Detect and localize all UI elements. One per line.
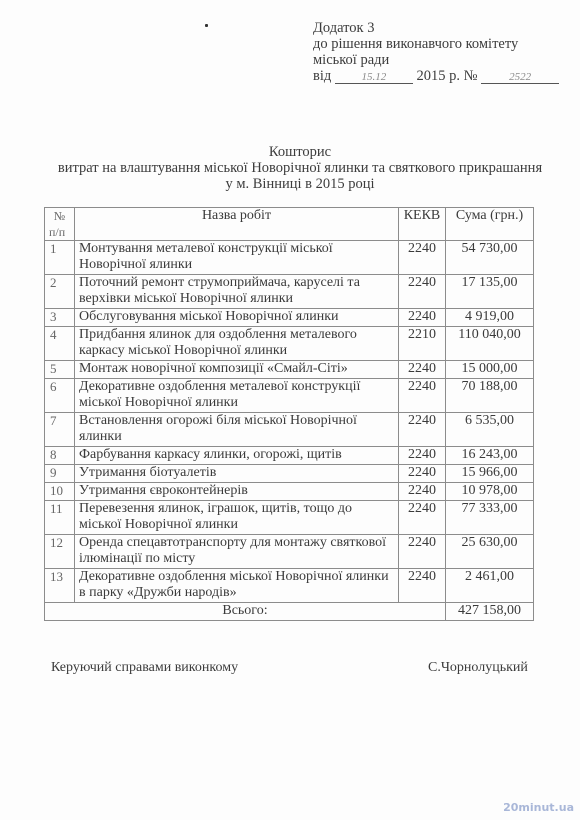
table-row: 2Поточний ремонт струмоприймача, карусел… (45, 275, 534, 309)
row-number: 11 (45, 501, 75, 535)
row-number: 6 (45, 379, 75, 413)
kekv-code: 2240 (399, 361, 446, 379)
document-page: Додаток 3 до рішення виконавчого комітет… (0, 0, 580, 820)
row-number: 12 (45, 535, 75, 569)
kekv-code: 2240 (399, 379, 446, 413)
table-header-row: № п/п Назва робіт КЕКВ Сума (грн.) (45, 208, 534, 241)
table-row: 8Фарбування каркасу ялинки, огорожі, щит… (45, 447, 534, 465)
row-number: 9 (45, 465, 75, 483)
work-name: Декоративне оздоблення міської Новорічно… (75, 569, 399, 603)
kekv-code: 2240 (399, 275, 446, 309)
header-kekv: КЕКВ (399, 208, 446, 241)
annex-line-council: міської ради (313, 52, 559, 68)
table-row: 7Встановлення огорожі біля міської Новор… (45, 413, 534, 447)
amount: 77 333,00 (446, 501, 534, 535)
work-name: Придбання ялинок для оздоблення металево… (75, 327, 399, 361)
work-name: Монтаж новорічної композиції «Смайл-Сіті… (75, 361, 399, 379)
amount: 6 535,00 (446, 413, 534, 447)
annex-title: Додаток 3 (313, 20, 559, 36)
title-heading: Кошторис (40, 144, 560, 160)
title-line-purpose: витрат на влаштування міської Новорічної… (40, 160, 560, 176)
signatory-name: С.Чорнолуцький (428, 660, 528, 676)
row-number: 2 (45, 275, 75, 309)
table-row: 13Декоративне оздоблення міської Новоріч… (45, 569, 534, 603)
kekv-code: 2240 (399, 413, 446, 447)
kekv-code: 2240 (399, 501, 446, 535)
work-name: Поточний ремонт струмоприймача, каруселі… (75, 275, 399, 309)
table-row: 4Придбання ялинок для оздоблення металев… (45, 327, 534, 361)
table-row: 3Обслуговування міської Новорічної ялинк… (45, 309, 534, 327)
annex-line-decision: до рішення виконавчого комітету (313, 36, 559, 52)
work-name: Перевезення ялинок, іграшок, щитів, тощо… (75, 501, 399, 535)
table-row: 12Оренда спецавтотранспорту для монтажу … (45, 535, 534, 569)
title-line-city-year: у м. Вінниці в 2015 році (40, 176, 560, 192)
site-watermark: 20minut.ua (503, 801, 574, 814)
kekv-code: 2240 (399, 535, 446, 569)
amount: 110 040,00 (446, 327, 534, 361)
row-number: 8 (45, 447, 75, 465)
amount: 54 730,00 (446, 241, 534, 275)
row-number: 7 (45, 413, 75, 447)
annex-header: Додаток 3 до рішення виконавчого комітет… (313, 20, 559, 84)
work-name: Утримання біотуалетів (75, 465, 399, 483)
date-prefix: від (313, 68, 331, 84)
amount: 2 461,00 (446, 569, 534, 603)
amount: 10 978,00 (446, 483, 534, 501)
header-num-sub-label: п/п (49, 224, 70, 240)
kekv-code: 2240 (399, 465, 446, 483)
amount: 17 135,00 (446, 275, 534, 309)
table-row: 9Утримання біотуалетів224015 966,00 (45, 465, 534, 483)
table-row: 11Перевезення ялинок, іграшок, щитів, то… (45, 501, 534, 535)
table-row: 5Монтаж новорічної композиції «Смайл-Сіт… (45, 361, 534, 379)
header-sum: Сума (грн.) (446, 208, 534, 241)
year-text: 2015 р. № (417, 68, 478, 84)
work-name: Обслуговування міської Новорічної ялинки (75, 309, 399, 327)
kekv-code: 2210 (399, 327, 446, 361)
work-name: Декоративне оздоблення металевої констру… (75, 379, 399, 413)
row-number: 1 (45, 241, 75, 275)
total-row: Всього: 427 158,00 (45, 603, 534, 621)
work-name: Фарбування каркасу ялинки, огорожі, щиті… (75, 447, 399, 465)
signatory-role: Керуючий справами виконкому (51, 660, 238, 676)
work-name: Оренда спецавтотранспорту для монтажу св… (75, 535, 399, 569)
kekv-code: 2240 (399, 447, 446, 465)
scan-speck (205, 24, 208, 27)
row-number: 10 (45, 483, 75, 501)
amount: 16 243,00 (446, 447, 534, 465)
estimate-table: № п/п Назва робіт КЕКВ Сума (грн.) 1Монт… (44, 207, 534, 621)
amount: 25 630,00 (446, 535, 534, 569)
amount: 15 000,00 (446, 361, 534, 379)
row-number: 13 (45, 569, 75, 603)
row-number: 3 (45, 309, 75, 327)
handwritten-date: 15.12 (335, 69, 413, 84)
amount: 70 188,00 (446, 379, 534, 413)
work-name: Монтування металевої конструкції міської… (75, 241, 399, 275)
kekv-code: 2240 (399, 483, 446, 501)
document-title: Кошторис витрат на влаштування міської Н… (40, 144, 560, 192)
header-name: Назва робіт (75, 208, 399, 241)
table-row: 1Монтування металевої конструкції місько… (45, 241, 534, 275)
row-number: 5 (45, 361, 75, 379)
work-name: Утримання євроконтейнерів (75, 483, 399, 501)
kekv-code: 2240 (399, 309, 446, 327)
kekv-code: 2240 (399, 569, 446, 603)
table-row: 6Декоративне оздоблення металевої констр… (45, 379, 534, 413)
kekv-code: 2240 (399, 241, 446, 275)
total-label: Всього: (45, 603, 446, 621)
amount: 15 966,00 (446, 465, 534, 483)
header-num: № п/п (45, 208, 75, 241)
handwritten-number: 2522 (481, 69, 559, 84)
row-number: 4 (45, 327, 75, 361)
work-name: Встановлення огорожі біля міської Новорі… (75, 413, 399, 447)
total-sum: 427 158,00 (446, 603, 534, 621)
annex-date-line: від 15.12 2015 р. № 2522 (313, 68, 559, 84)
amount: 4 919,00 (446, 309, 534, 327)
header-num-label: № (49, 208, 70, 224)
table-row: 10Утримання євроконтейнерів224010 978,00 (45, 483, 534, 501)
